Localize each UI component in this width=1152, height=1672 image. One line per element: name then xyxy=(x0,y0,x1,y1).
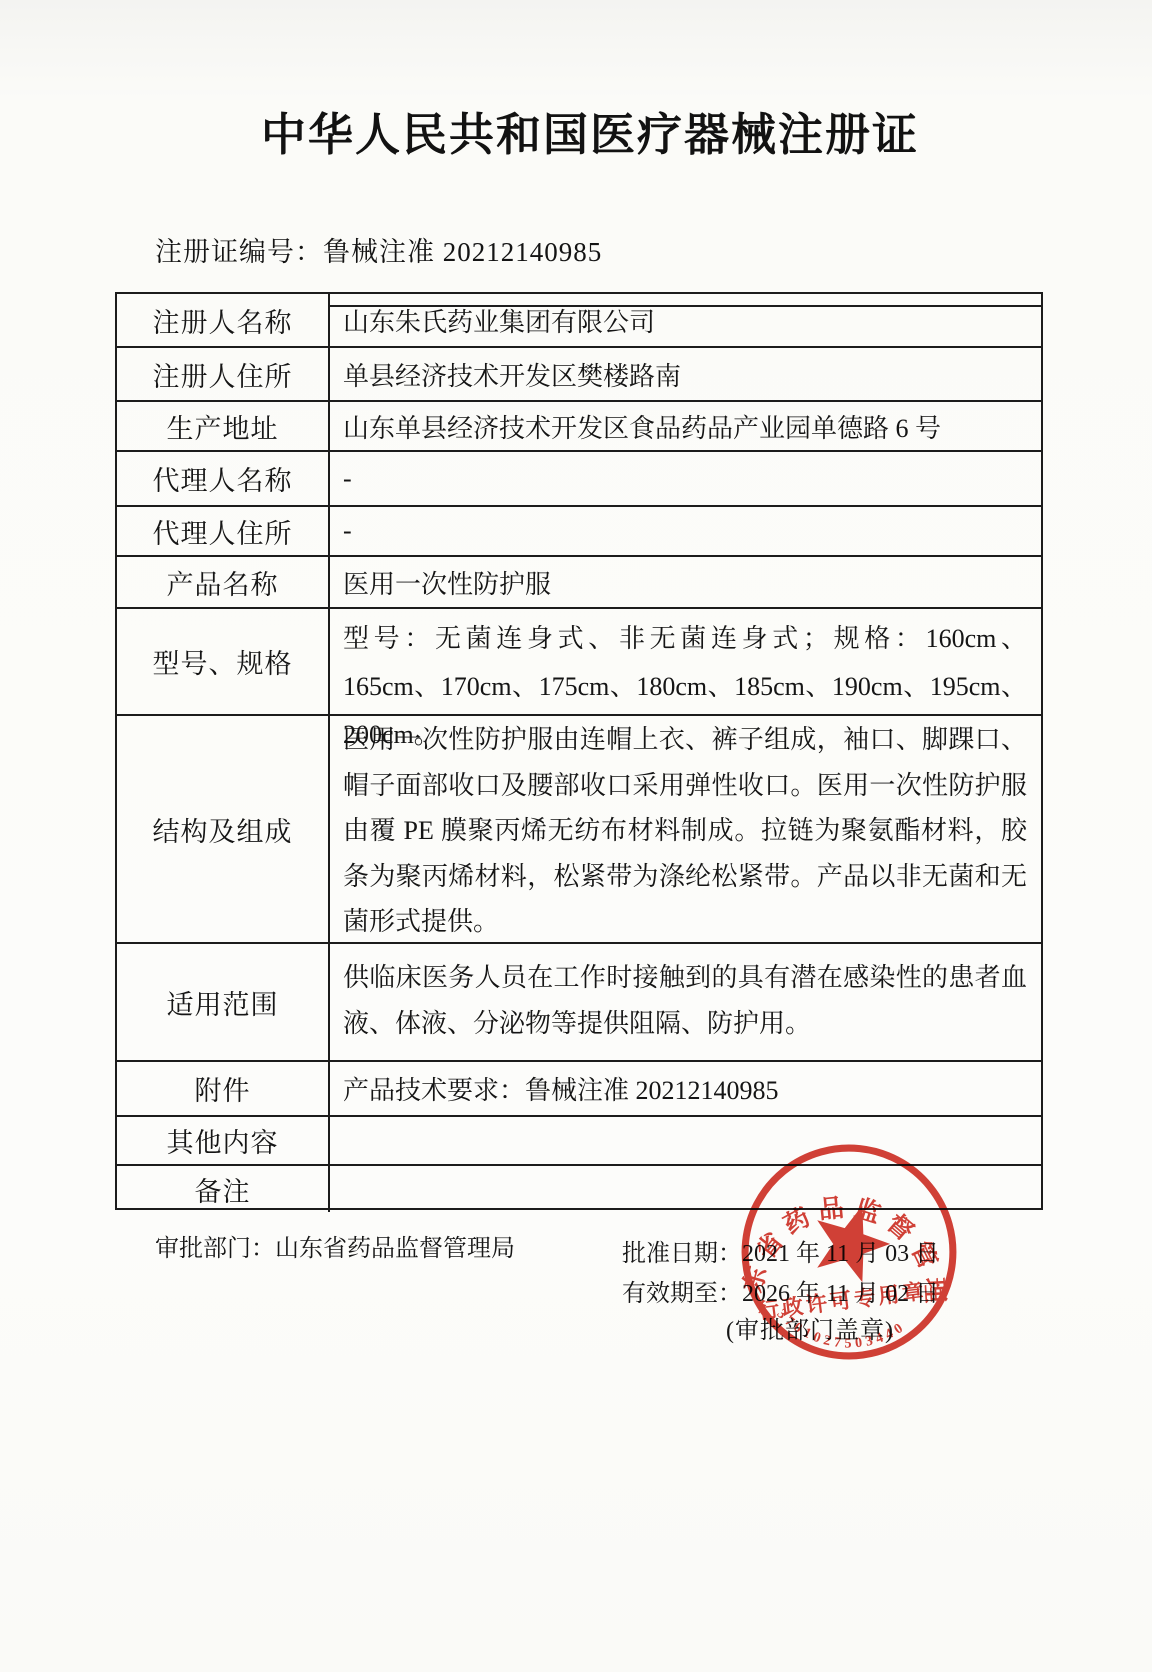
stamp-org-text: 山东省药品监督管理局 xyxy=(723,1126,969,1315)
row-value: - xyxy=(330,452,1041,505)
row-value: 供临床医务人员在工作时接触到的具有潜在感染性的患者血液、体液、分泌物等提供阻隔、… xyxy=(330,944,1041,1060)
registration-table: 注册人名称 山东朱氏药业集团有限公司 注册人住所 单县经济技术开发区樊楼路南 生… xyxy=(115,292,1043,1210)
table-row: 产品名称 医用一次性防护服 xyxy=(117,555,1041,607)
row-label: 附件 xyxy=(117,1062,330,1115)
table-row: 型号、规格 型号：无菌连身式、非无菌连身式；规格：160cm、165cm、170… xyxy=(117,607,1041,714)
row-label: 生产地址 xyxy=(117,402,330,450)
row-value: - xyxy=(330,507,1041,555)
table-rows: 注册人名称 山东朱氏药业集团有限公司 注册人住所 单县经济技术开发区樊楼路南 生… xyxy=(117,294,1041,1208)
row-value: 单县经济技术开发区樊楼路南 xyxy=(330,348,1041,400)
certificate-number-line: 注册证编号：鲁械注准 20212140985 xyxy=(155,230,602,269)
row-value: 山东朱氏药业集团有限公司 xyxy=(330,294,1041,346)
table-row: 生产地址 山东单县经济技术开发区食品药品产业园单德路 6 号 xyxy=(117,400,1041,450)
document-title: 中华人民共和国医疗器械注册证 xyxy=(14,98,1152,163)
row-value: 型号：无菌连身式、非无菌连身式；规格：160cm、165cm、170cm、175… xyxy=(330,609,1041,714)
row-label: 注册人名称 xyxy=(117,294,330,346)
row-label: 产品名称 xyxy=(117,557,330,607)
stamp-svg: 山东省药品监督管理局 行政许可专用章 3701027503440 xyxy=(723,1126,976,1379)
scan-artifact-line xyxy=(330,305,1041,307)
table-row: 代理人住所 - xyxy=(117,505,1041,555)
table-row: 代理人名称 - xyxy=(117,450,1041,505)
row-value: 医用一次性防护服 xyxy=(330,557,1041,607)
official-stamp: 山东省药品监督管理局 行政许可专用章 3701027503440 xyxy=(723,1126,976,1379)
row-label: 其他内容 xyxy=(117,1117,330,1164)
table-row: 结构及组成 医用一次性防护服由连帽上衣、裤子组成，袖口、脚踝口、帽子面部收口及腰… xyxy=(117,714,1041,942)
row-label: 适用范围 xyxy=(117,944,330,1060)
approval-department: 审批部门：山东省药品监督管理局 xyxy=(155,1228,515,1263)
table-row: 注册人住所 单县经济技术开发区樊楼路南 xyxy=(117,346,1041,400)
table-row: 附件 产品技术要求：鲁械注准 20212140985 xyxy=(117,1060,1041,1115)
row-value: 山东单县经济技术开发区食品药品产业园单德路 6 号 xyxy=(330,402,1041,450)
row-label: 备注 xyxy=(117,1166,330,1212)
row-label: 注册人住所 xyxy=(117,348,330,400)
row-label: 代理人住所 xyxy=(117,507,330,555)
row-label: 代理人名称 xyxy=(117,452,330,505)
row-value: 医用一次性防护服由连帽上衣、裤子组成，袖口、脚踝口、帽子面部收口及腰部收口采用弹… xyxy=(330,716,1041,942)
table-row: 注册人名称 山东朱氏药业集团有限公司 xyxy=(117,294,1041,346)
row-label: 型号、规格 xyxy=(117,609,330,714)
table-row: 适用范围 供临床医务人员在工作时接触到的具有潜在感染性的患者血液、体液、分泌物等… xyxy=(117,942,1041,1060)
row-value: 产品技术要求：鲁械注准 20212140985 xyxy=(330,1062,1041,1115)
row-label: 结构及组成 xyxy=(117,716,330,942)
svg-text:山东省药品监督管理局: 山东省药品监督管理局 xyxy=(723,1126,969,1315)
